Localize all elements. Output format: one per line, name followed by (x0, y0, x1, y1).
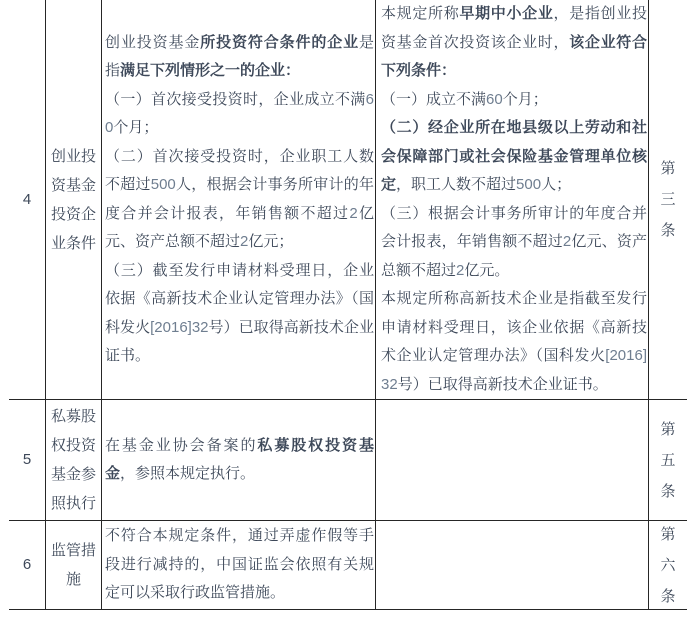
category-label: 私募股权投资基金参照执行 (50, 402, 98, 518)
category-label: 创业投资基金投资企业条件 (50, 142, 98, 258)
row-number: 4 (23, 190, 31, 210)
paragraph: 本规定所称高新技术企业是指截至发行申请材料受理日，该企业依据《高新技术企业认定管… (381, 285, 647, 399)
content-secondary-cell (375, 400, 648, 520)
paragraph: （一）成立不满60个月； (381, 86, 647, 115)
paragraph: （二）首次接受投资时，企业职工人数不超过500人，根据会计事务所审计的年度合并会… (105, 143, 374, 257)
content-secondary-cell: 本规定所称早期中小企业，是指创业投资基金首次投资该企业时，该企业符合下列条件：（… (375, 0, 648, 399)
article-ref: 第三条 (660, 153, 676, 246)
content-primary-cell: 在基金业协会备案的私募股权投资基金，参照本规定执行。 (101, 400, 375, 520)
row-number-cell: 5 (9, 400, 45, 520)
paragraph: 在基金业协会备案的私募股权投资基金，参照本规定执行。 (105, 432, 374, 489)
table-row: 4 创业投资基金投资企业条件 创业投资基金所投资符合条件的企业是指满足下列情形之… (9, 0, 687, 400)
category-label: 监管措施 (50, 536, 98, 594)
row-number: 6 (23, 555, 31, 575)
content-secondary-cell (375, 521, 648, 609)
paragraph: 不符合本规定条件，通过弄虚作假等手段进行减持的，中国证监会依照有关规定可以采取行… (105, 522, 374, 608)
row-number-cell: 4 (9, 0, 45, 399)
paragraph: 创业投资基金所投资符合条件的企业是指满足下列情形之一的企业： (105, 29, 374, 86)
paragraph: （二）经企业所在地县级以上劳动和社会保障部门或社会保险基金管理单位核定，职工人数… (381, 114, 647, 200)
row-number-cell: 6 (9, 521, 45, 609)
category-cell: 监管措施 (45, 521, 101, 609)
table-row: 6 监管措施 不符合本规定条件，通过弄虚作假等手段进行减持的，中国证监会依照有关… (9, 521, 687, 610)
article-ref-cell: 第五条 (648, 400, 687, 520)
content-primary-cell: 创业投资基金所投资符合条件的企业是指满足下列情形之一的企业：（一）首次接受投资时… (101, 0, 375, 399)
category-cell: 创业投资基金投资企业条件 (45, 0, 101, 399)
article-ref: 第六条 (660, 521, 676, 609)
article-ref-cell: 第三条 (648, 0, 687, 399)
table-row: 5 私募股权投资基金参照执行 在基金业协会备案的私募股权投资基金，参照本规定执行… (9, 400, 687, 521)
paragraph: （三）截至发行申请材料受理日，企业依据《高新技术企业认定管理办法》（国科发火[2… (105, 257, 374, 371)
regulation-table: 4 创业投资基金投资企业条件 创业投资基金所投资符合条件的企业是指满足下列情形之… (9, 0, 687, 610)
category-cell: 私募股权投资基金参照执行 (45, 400, 101, 520)
document-page: 4 创业投资基金投资企业条件 创业投资基金所投资符合条件的企业是指满足下列情形之… (0, 0, 687, 640)
content-primary-cell: 不符合本规定条件，通过弄虚作假等手段进行减持的，中国证监会依照有关规定可以采取行… (101, 521, 375, 609)
article-ref: 第五条 (660, 414, 676, 507)
row-number: 5 (23, 450, 31, 470)
paragraph: （一）首次接受投资时，企业成立不满60个月； (105, 86, 374, 143)
paragraph: （三）根据会计事务所审计的年度合并会计报表，年销售额不超过2亿元、资产总额不超过… (381, 200, 647, 286)
article-ref-cell: 第六条 (648, 521, 687, 609)
paragraph: 本规定所称早期中小企业，是指创业投资基金首次投资该企业时，该企业符合下列条件： (381, 0, 647, 86)
